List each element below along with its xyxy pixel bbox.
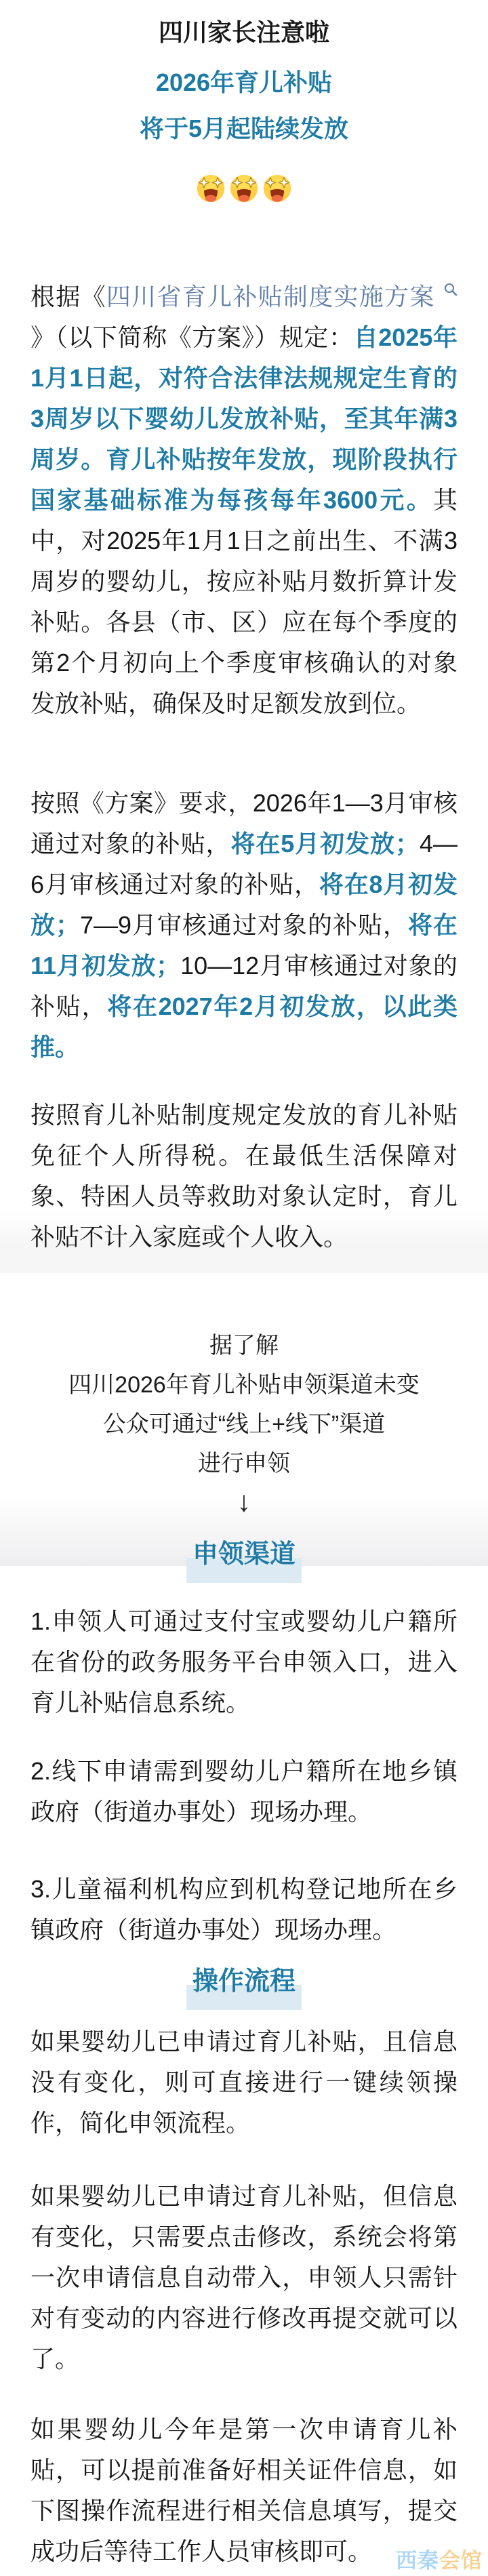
section-header-channels: 申领渠道 [0, 1537, 488, 1571]
channel-item-1: 1.申领人可通过支付宝或婴幼儿户籍所在省份的政务服务平台申领入口，进入育儿补贴信… [30, 1601, 457, 1723]
text-segment: 》（以下简称《方案》）规定： [30, 323, 354, 351]
star-struck-emoji [229, 173, 259, 204]
title-line-3: 将于5月起陆续发放 [0, 112, 488, 146]
star-struck-emoji [196, 173, 226, 204]
text-segment: 其中，对2025年1月1日之前出生、不满3周岁的婴幼儿，按应补贴月数折算计发补贴… [30, 486, 457, 717]
watermark: 西秦会馆 [396, 2543, 483, 2574]
intro-line-3: 公众可通过“线上+线下”渠道 [0, 1405, 488, 1444]
title-line-1: 四川家长注意啦 [0, 16, 488, 49]
body-paragraph-2: 按照《方案》要求，2026年1—3月审核通过对象的补贴，将在5月初发放；4—6月… [30, 783, 457, 1068]
star-struck-emoji-slot [262, 173, 292, 204]
body-paragraph-3: 按照育儿补贴制度规定发放的育儿补贴免征个人所得税。在最低生活保障对象、特困人员等… [30, 1095, 457, 1257]
section-header-process: 操作流程 [0, 1965, 488, 1998]
text-segment: 7—9月审核通过对象的补贴， [80, 911, 408, 939]
section-header-channels-label: 申领渠道 [192, 1540, 296, 1569]
emoji-row [0, 173, 488, 204]
watermark-part-2: 会馆 [439, 2549, 483, 2573]
star-struck-emoji [262, 173, 292, 204]
search-icon [444, 283, 457, 296]
channel-item-3: 3.儿童福利机构应到机构登记地所在乡镇政府（街道办事处）现场办理。 [30, 1869, 457, 1950]
intro-line-4: 进行申领 [0, 1444, 488, 1483]
watermark-part-1: 西秦 [396, 2549, 439, 2573]
intro-line-2: 四川2026年育儿补贴申领渠道未变 [0, 1365, 488, 1405]
down-arrow-icon: ↓ [0, 1485, 488, 1518]
text-segment: 自2025年1月1日起，对符合法律法规规定生育的3周岁以下婴幼儿发放补贴，至其年… [30, 323, 457, 514]
star-struck-emoji-slot [196, 173, 226, 204]
process-paragraph-1: 如果婴幼儿已申请过育儿补贴，且信息没有变化，则可直接进行一键续领操作，简化申领流… [30, 2021, 457, 2144]
article-page: 四川家长注意啦 2026年育儿补贴 将于5月起陆续发放 [0, 0, 488, 2576]
process-paragraph-3: 如果婴幼儿今年是第一次申请育儿补贴，可以提前准备好相关证件信息，如下图操作流程进… [30, 2409, 457, 2572]
body-paragraph-1: 根据《四川省育儿补贴制度实施方案 》（以下简称《方案》）规定：自2025年1月1… [30, 277, 457, 724]
text-segment: 将在5月初发放； [230, 830, 420, 858]
process-paragraph-2: 如果婴幼儿已申请过育儿补贴，但信息有变化，只需要点击修改，系统会将第一次申请信息… [30, 2176, 457, 2379]
section-header-process-label: 操作流程 [192, 1967, 296, 1996]
text-segment: 根据《 [30, 283, 106, 310]
policy-link[interactable]: 四川省育儿补贴制度实施方案 [106, 283, 435, 310]
intro-line-1: 据了解 [0, 1326, 488, 1365]
channel-item-2: 2.线下申请需到婴幼儿户籍所在地乡镇政府（街道办事处）现场办理。 [30, 1751, 457, 1832]
title-line-2: 2026年育儿补贴 [0, 66, 488, 100]
star-struck-emoji-slot [229, 173, 259, 204]
